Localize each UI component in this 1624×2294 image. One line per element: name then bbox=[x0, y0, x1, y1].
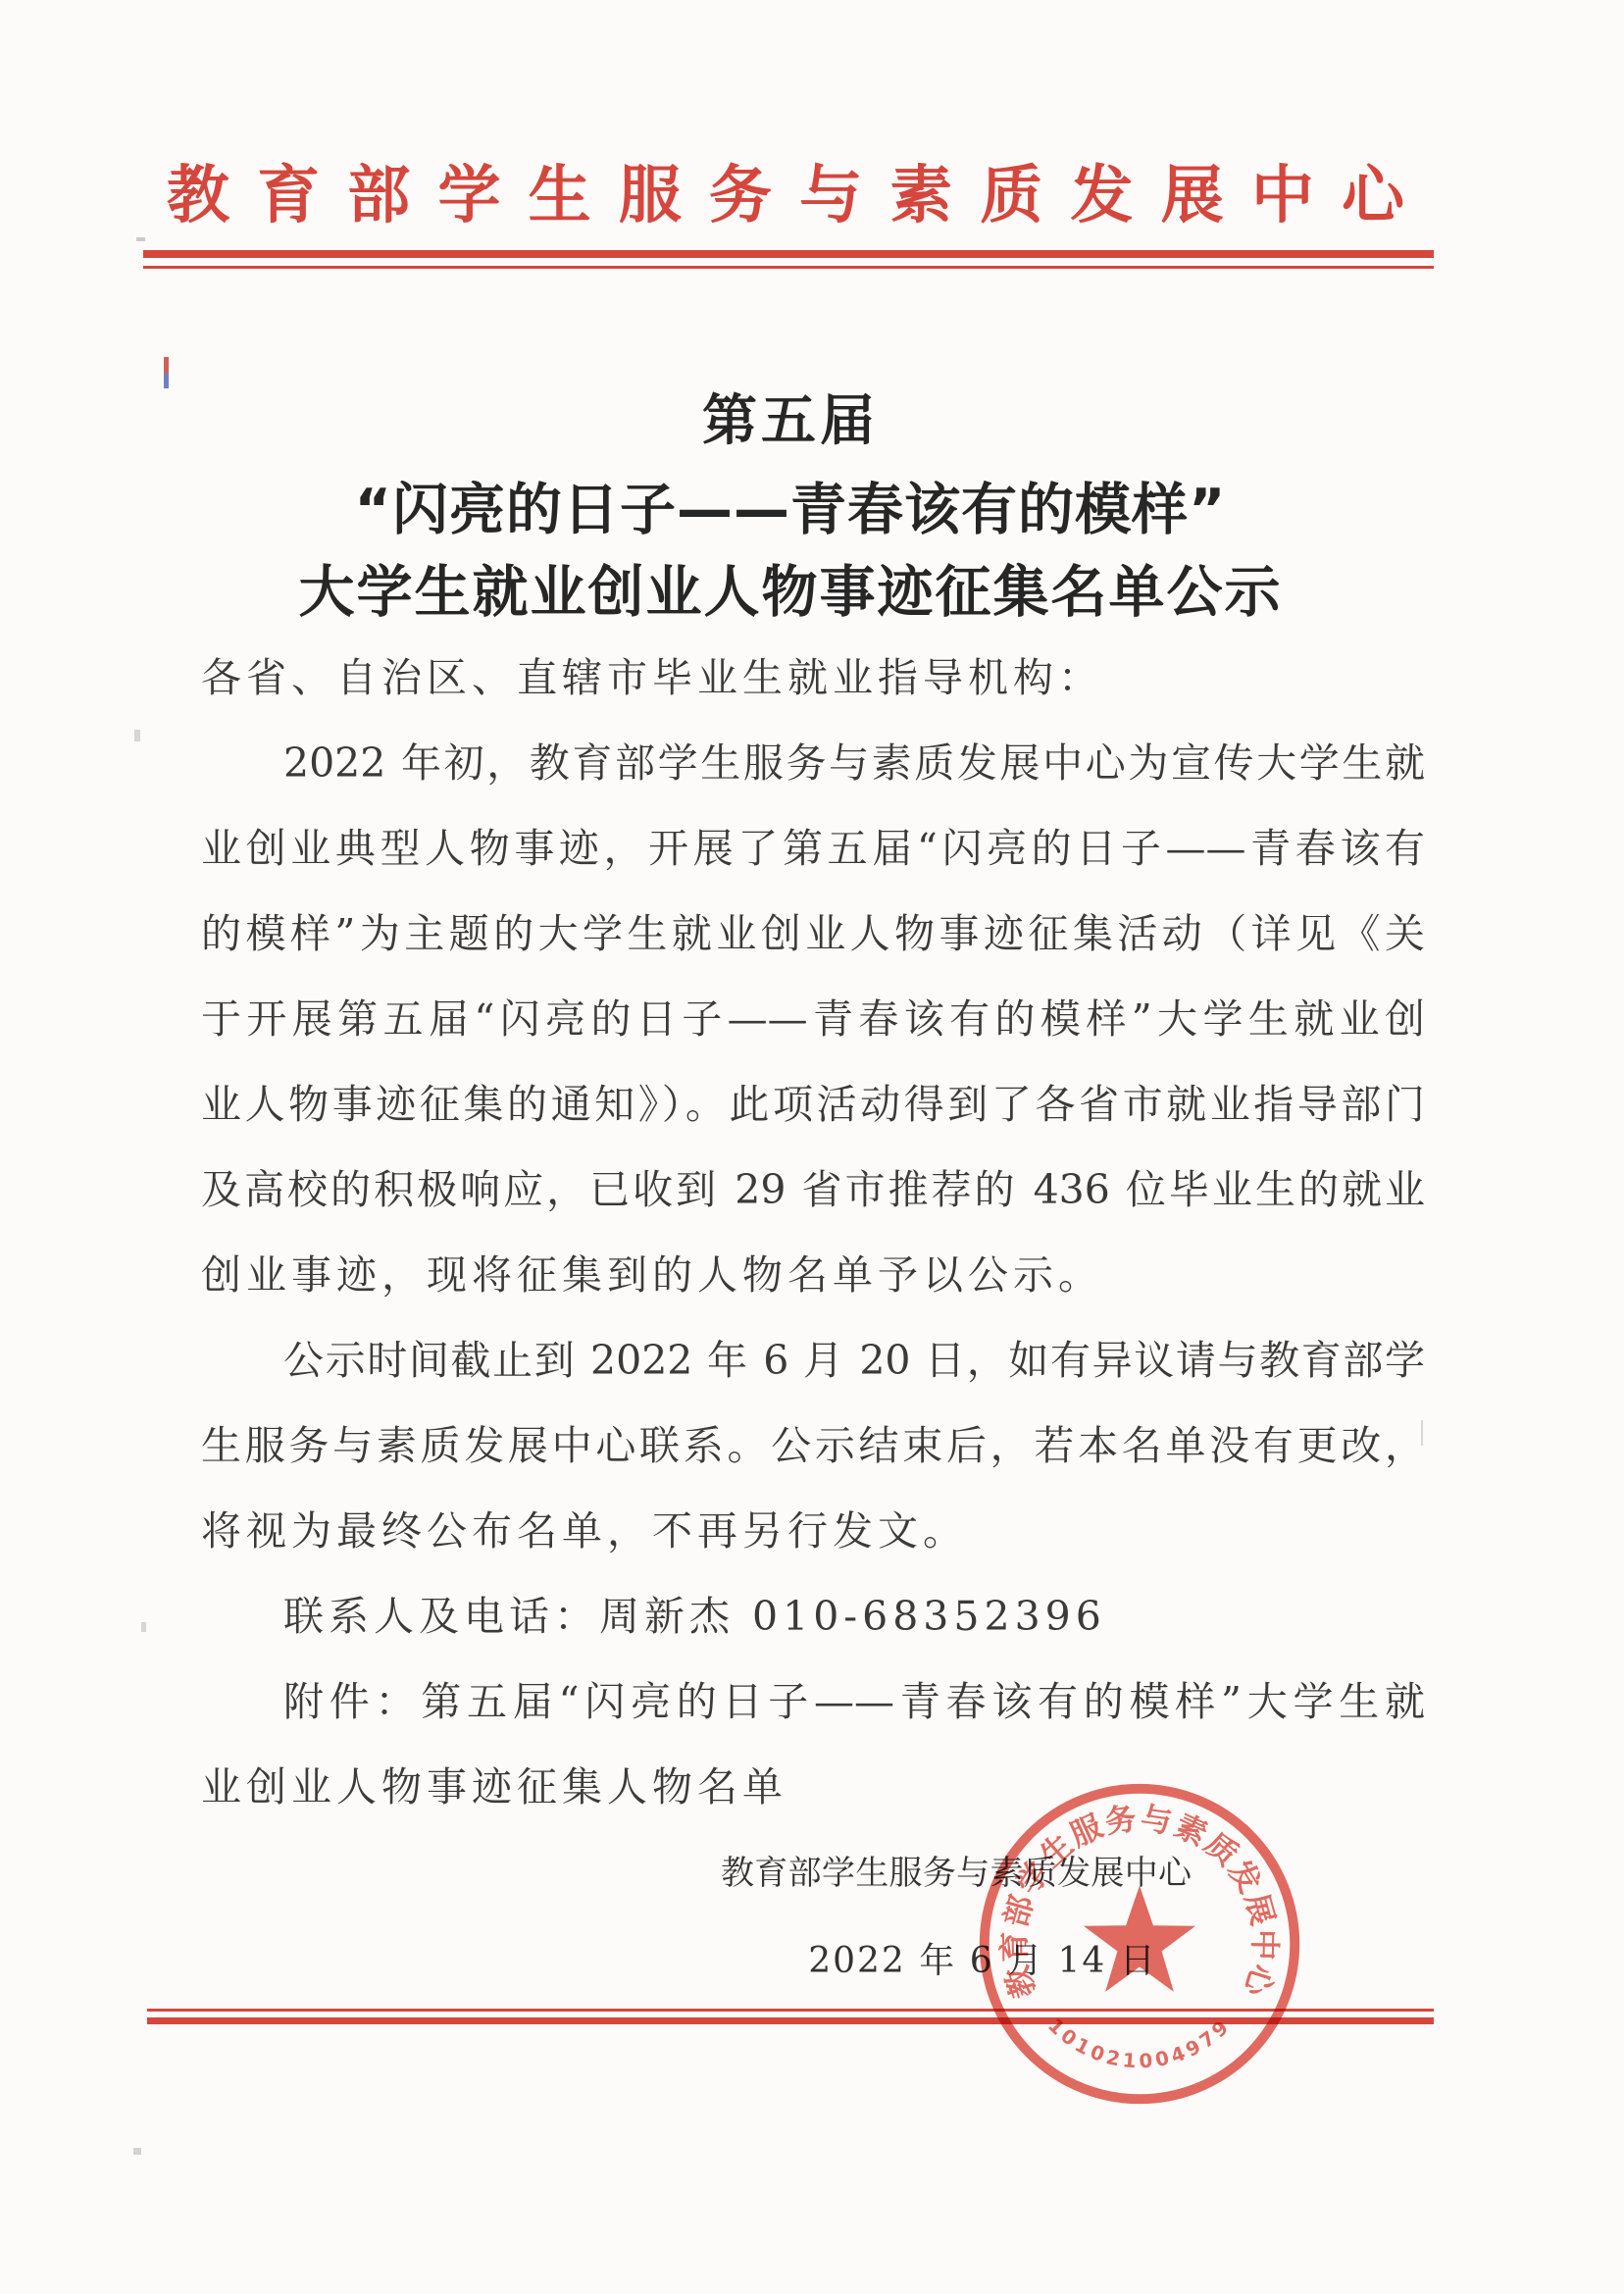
scan-speck bbox=[134, 730, 140, 741]
contact-line: 联系人及电话：周新杰 010-68352396 bbox=[201, 1574, 1425, 1659]
scan-speck bbox=[136, 237, 145, 241]
scan-speck bbox=[164, 357, 169, 388]
body-line: 及高校的积极响应，已收到 29 省市推荐的 436 位毕业生的就业 bbox=[201, 1147, 1425, 1233]
letterhead-rule-thick bbox=[143, 250, 1434, 258]
doc-title-session: 第五届 bbox=[147, 388, 1434, 455]
body-line: 将视为最终公布名单，不再另行发文。 bbox=[201, 1489, 1425, 1574]
star-icon bbox=[1084, 1886, 1195, 1992]
body-line: 的模样”为主题的大学生就业创业人物事迹征集活动（详见《关 bbox=[201, 892, 1425, 977]
letterhead-rule-thin bbox=[143, 266, 1434, 269]
official-seal: 教育部学生服务与素质发展中心 11010210049790 bbox=[965, 1769, 1314, 2118]
attachment-line: 附件：第五届“闪亮的日子——青春该有的模样”大学生就 bbox=[201, 1659, 1425, 1745]
body-line: 公示时间截止到 2022 年 6 月 20 日，如有异议请与教育部学 bbox=[201, 1318, 1425, 1403]
body-line: 生服务与素质发展中心联系。公示结束后，若本名单没有更改， bbox=[201, 1403, 1425, 1489]
doc-title-theme: “闪亮的日子——青春该有的模样” bbox=[147, 477, 1434, 543]
letter-body: 各省、自治区、直辖市毕业生就业指导机构： 2022 年初，教育部学生服务与素质发… bbox=[201, 636, 1425, 1830]
scan-speck bbox=[141, 1622, 146, 1632]
body-line: 业人物事迹征集的通知》）。此项活动得到了各省市就业指导部门 bbox=[201, 1062, 1425, 1147]
body-line: 于开展第五届“闪亮的日子——青春该有的模样”大学生就业创 bbox=[201, 977, 1425, 1062]
body-line: 2022 年初，教育部学生服务与素质发展中心为宣传大学生就 bbox=[201, 721, 1425, 806]
body-line: 业创业典型人物事迹，开展了第五届“闪亮的日子——青春该有 bbox=[201, 806, 1425, 892]
letterhead-org-name: 教育部学生服务与素质发展中心 bbox=[167, 157, 1404, 235]
body-line: 创业事迹，现将征集到的人物名单予以公示。 bbox=[201, 1233, 1425, 1318]
doc-title-subject: 大学生就业创业人物事迹征集名单公示 bbox=[147, 559, 1434, 626]
scan-speck bbox=[133, 2148, 141, 2155]
salutation-line: 各省、自治区、直辖市毕业生就业指导机构： bbox=[201, 636, 1425, 721]
scanned-official-letter: { "colors": { "accent_red": "#d5463d", "… bbox=[0, 0, 1624, 2294]
